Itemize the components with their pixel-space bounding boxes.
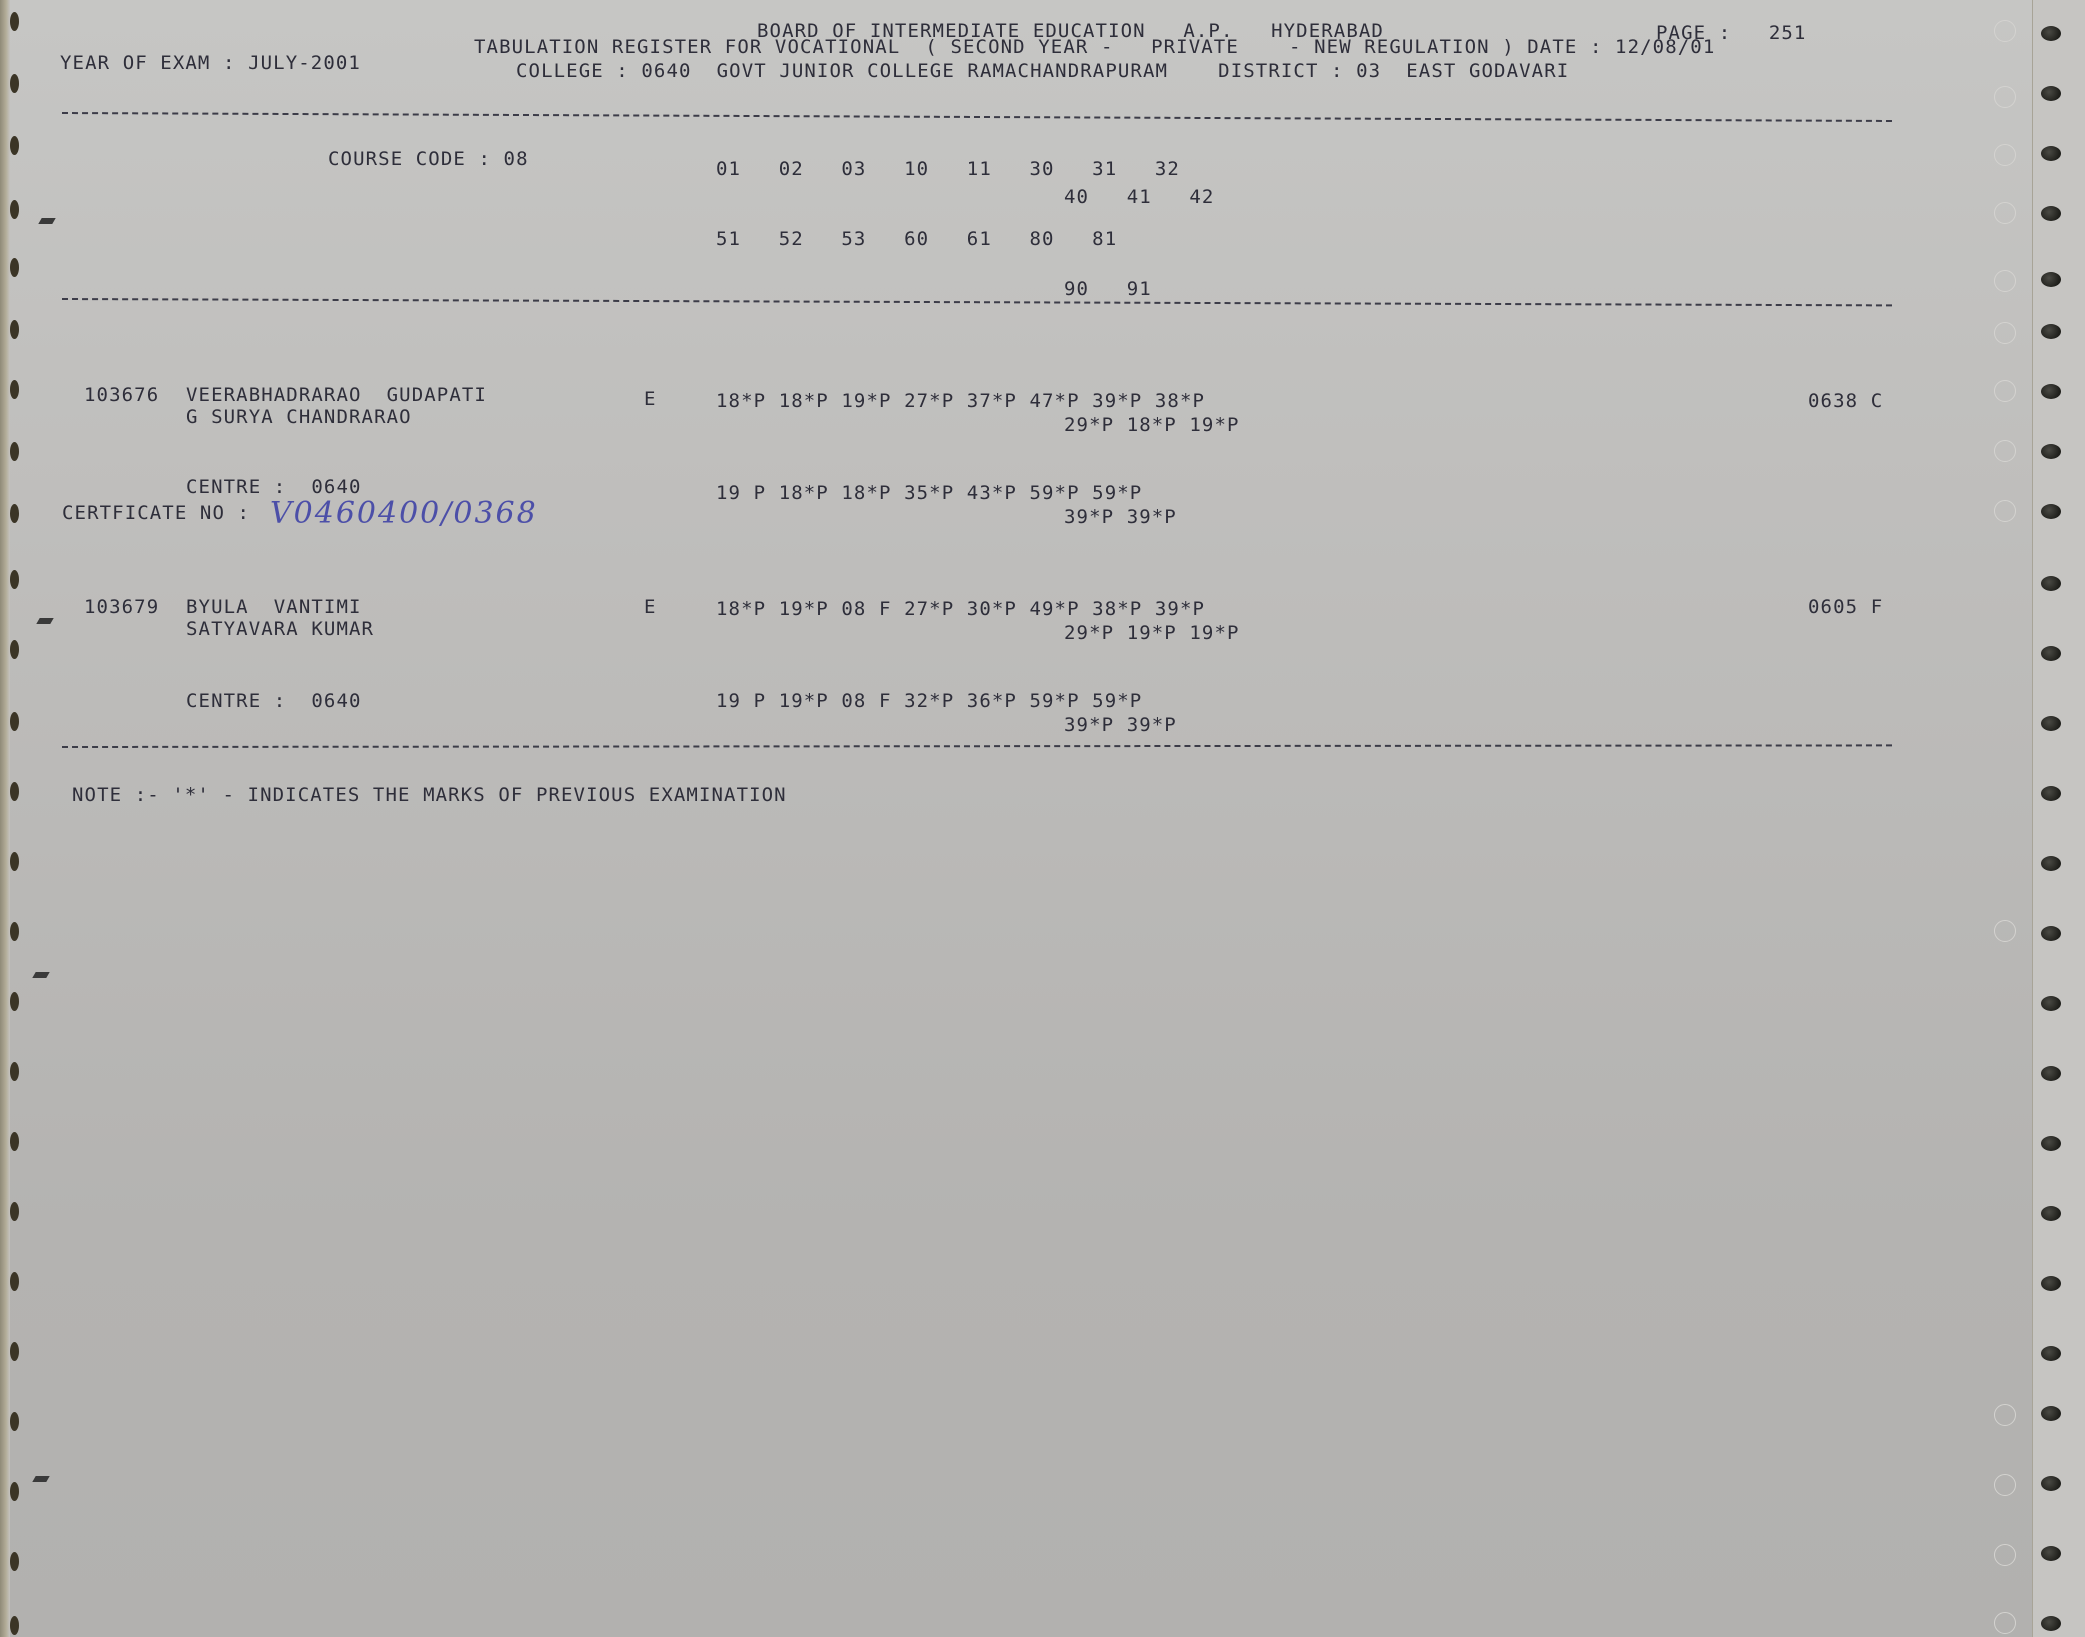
- ghost-hole-icon: [1994, 500, 2016, 522]
- subject-codes-row1: 01 02 03 10 11 30 31 32: [716, 158, 1180, 180]
- ghost-hole-icon: [1994, 270, 2016, 292]
- perforation-hole-icon: [10, 782, 19, 801]
- perforation-hole-icon: [10, 852, 19, 871]
- handwritten-certificate-number: V0460400/0368: [270, 496, 538, 531]
- tractor-hole-icon: [2041, 86, 2061, 101]
- tractor-hole-icon: [2041, 1276, 2061, 1291]
- course-code-label: COURSE CODE : 08: [328, 148, 529, 170]
- tractor-hole-icon: [2041, 26, 2061, 41]
- printout-page: BOARD OF INTERMEDIATE EDUCATION A.P. HYD…: [0, 0, 2085, 1637]
- certificate-label: CERTFICATE NO :: [62, 502, 250, 524]
- tear-mark-icon: [38, 218, 55, 224]
- header-divider: [62, 112, 1892, 122]
- ghost-hole-icon: [1994, 920, 2016, 942]
- tractor-hole-icon: [2041, 1476, 2061, 1491]
- ghost-hole-icon: [1994, 86, 2016, 108]
- tractor-hole-icon: [2041, 504, 2061, 519]
- tractor-hole-icon: [2041, 786, 2061, 801]
- medium: E: [644, 388, 657, 410]
- marks-row2: 19 P 18*P 18*P 35*P 43*P 59*P 59*P: [716, 482, 1142, 504]
- perforation-hole-icon: [10, 1202, 19, 1221]
- tractor-hole-icon: [2041, 1206, 2061, 1221]
- tear-mark-icon: [32, 1476, 49, 1482]
- perforation-hole-icon: [10, 1062, 19, 1081]
- tractor-hole-icon: [2041, 324, 2061, 339]
- perforation-hole-icon: [10, 570, 19, 589]
- medium: E: [644, 596, 657, 618]
- perforation-hole-icon: [10, 1552, 19, 1571]
- ghost-hole-icon: [1994, 144, 2016, 166]
- ghost-hole-icon: [1994, 1474, 2016, 1496]
- college-line: COLLEGE : 0640 GOVT JUNIOR COLLEGE RAMAC…: [516, 60, 1569, 82]
- records-divider: [62, 744, 1892, 748]
- parent-name: SATYAVARA KUMAR: [186, 618, 374, 640]
- perforation-hole-icon: [10, 258, 19, 277]
- perforation-hole-icon: [10, 380, 19, 399]
- perforation-hole-icon: [10, 320, 19, 339]
- ghost-hole-icon: [1994, 322, 2016, 344]
- subject-codes-row2: 51 52 53 60 61 80 81: [716, 228, 1117, 250]
- tractor-hole-icon: [2041, 206, 2061, 221]
- tractor-hole-icon: [2041, 444, 2061, 459]
- paper-left-edge: [0, 0, 10, 1637]
- year-of-exam: YEAR OF EXAM : JULY-2001: [60, 52, 361, 74]
- ghost-hole-icon: [1994, 1612, 2016, 1634]
- ghost-hole-icon: [1994, 202, 2016, 224]
- course-divider: [62, 298, 1892, 306]
- ghost-hole-icon: [1994, 1544, 2016, 1566]
- tractor-hole-icon: [2041, 926, 2061, 941]
- tractor-hole-icon: [2041, 576, 2061, 591]
- perforation-hole-icon: [10, 136, 19, 155]
- tractor-hole-icon: [2041, 1136, 2061, 1151]
- tractor-hole-icon: [2041, 996, 2061, 1011]
- ghost-hole-icon: [1994, 20, 2016, 42]
- ghost-hole-icon: [1994, 440, 2016, 462]
- tractor-hole-icon: [2041, 856, 2061, 871]
- tractor-hole-icon: [2041, 1546, 2061, 1561]
- total-result: 0638 C: [1808, 390, 1883, 412]
- perforation-hole-icon: [10, 992, 19, 1011]
- marks-row1b: 29*P 18*P 19*P: [1064, 414, 1240, 436]
- tractor-hole-icon: [2041, 272, 2061, 287]
- roll-number: 103679: [84, 596, 159, 618]
- perforation-hole-icon: [10, 74, 19, 93]
- perforation-hole-icon: [10, 640, 19, 659]
- register-title: TABULATION REGISTER FOR VOCATIONAL ( SEC…: [474, 36, 1715, 58]
- total-result: 0605 F: [1808, 596, 1883, 618]
- perforation-hole-icon: [10, 1132, 19, 1151]
- tractor-hole-icon: [2041, 1616, 2061, 1631]
- candidate-name: BYULA VANTIMI: [186, 596, 362, 618]
- ghost-hole-icon: [1994, 380, 2016, 402]
- tear-mark-icon: [36, 618, 53, 624]
- subject-codes-row3: 90 91: [1064, 278, 1152, 300]
- perforation-hole-icon: [10, 1272, 19, 1291]
- perforation-hole-icon: [10, 1412, 19, 1431]
- tractor-hole-icon: [2041, 716, 2061, 731]
- marks-row2b: 39*P 39*P: [1064, 714, 1177, 736]
- perforation-hole-icon: [10, 442, 19, 461]
- subject-codes-row1b: 40 41 42: [1064, 186, 1214, 208]
- marks-row2: 19 P 19*P 08 F 32*P 36*P 59*P 59*P: [716, 690, 1142, 712]
- roll-number: 103676: [84, 384, 159, 406]
- perforation-hole-icon: [10, 1616, 19, 1635]
- tractor-hole-icon: [2041, 1066, 2061, 1081]
- marks-row1b: 29*P 19*P 19*P: [1064, 622, 1240, 644]
- marks-row1: 18*P 19*P 08 F 27*P 30*P 49*P 38*P 39*P: [716, 598, 1205, 620]
- centre: CENTRE : 0640: [186, 690, 362, 712]
- tractor-feed-strip: [2032, 0, 2085, 1637]
- perforation-hole-icon: [10, 922, 19, 941]
- perforation-hole-icon: [10, 712, 19, 731]
- tear-mark-icon: [32, 972, 49, 978]
- centre: CENTRE : 0640: [186, 476, 362, 498]
- tractor-hole-icon: [2041, 1346, 2061, 1361]
- tractor-hole-icon: [2041, 384, 2061, 399]
- parent-name: G SURYA CHANDRARAO: [186, 406, 412, 428]
- tractor-hole-icon: [2041, 146, 2061, 161]
- perforation-hole-icon: [10, 504, 19, 523]
- marks-row2b: 39*P 39*P: [1064, 506, 1177, 528]
- perforation-hole-icon: [10, 12, 19, 31]
- candidate-name: VEERABHADRARAO GUDAPATI: [186, 384, 487, 406]
- tractor-hole-icon: [2041, 646, 2061, 661]
- tractor-hole-icon: [2041, 1406, 2061, 1421]
- ghost-hole-icon: [1994, 1404, 2016, 1426]
- footnote: NOTE :- '*' - INDICATES THE MARKS OF PRE…: [72, 784, 787, 806]
- perforation-hole-icon: [10, 1482, 19, 1501]
- marks-row1: 18*P 18*P 19*P 27*P 37*P 47*P 39*P 38*P: [716, 390, 1205, 412]
- perforation-hole-icon: [10, 200, 19, 219]
- perforation-hole-icon: [10, 1342, 19, 1361]
